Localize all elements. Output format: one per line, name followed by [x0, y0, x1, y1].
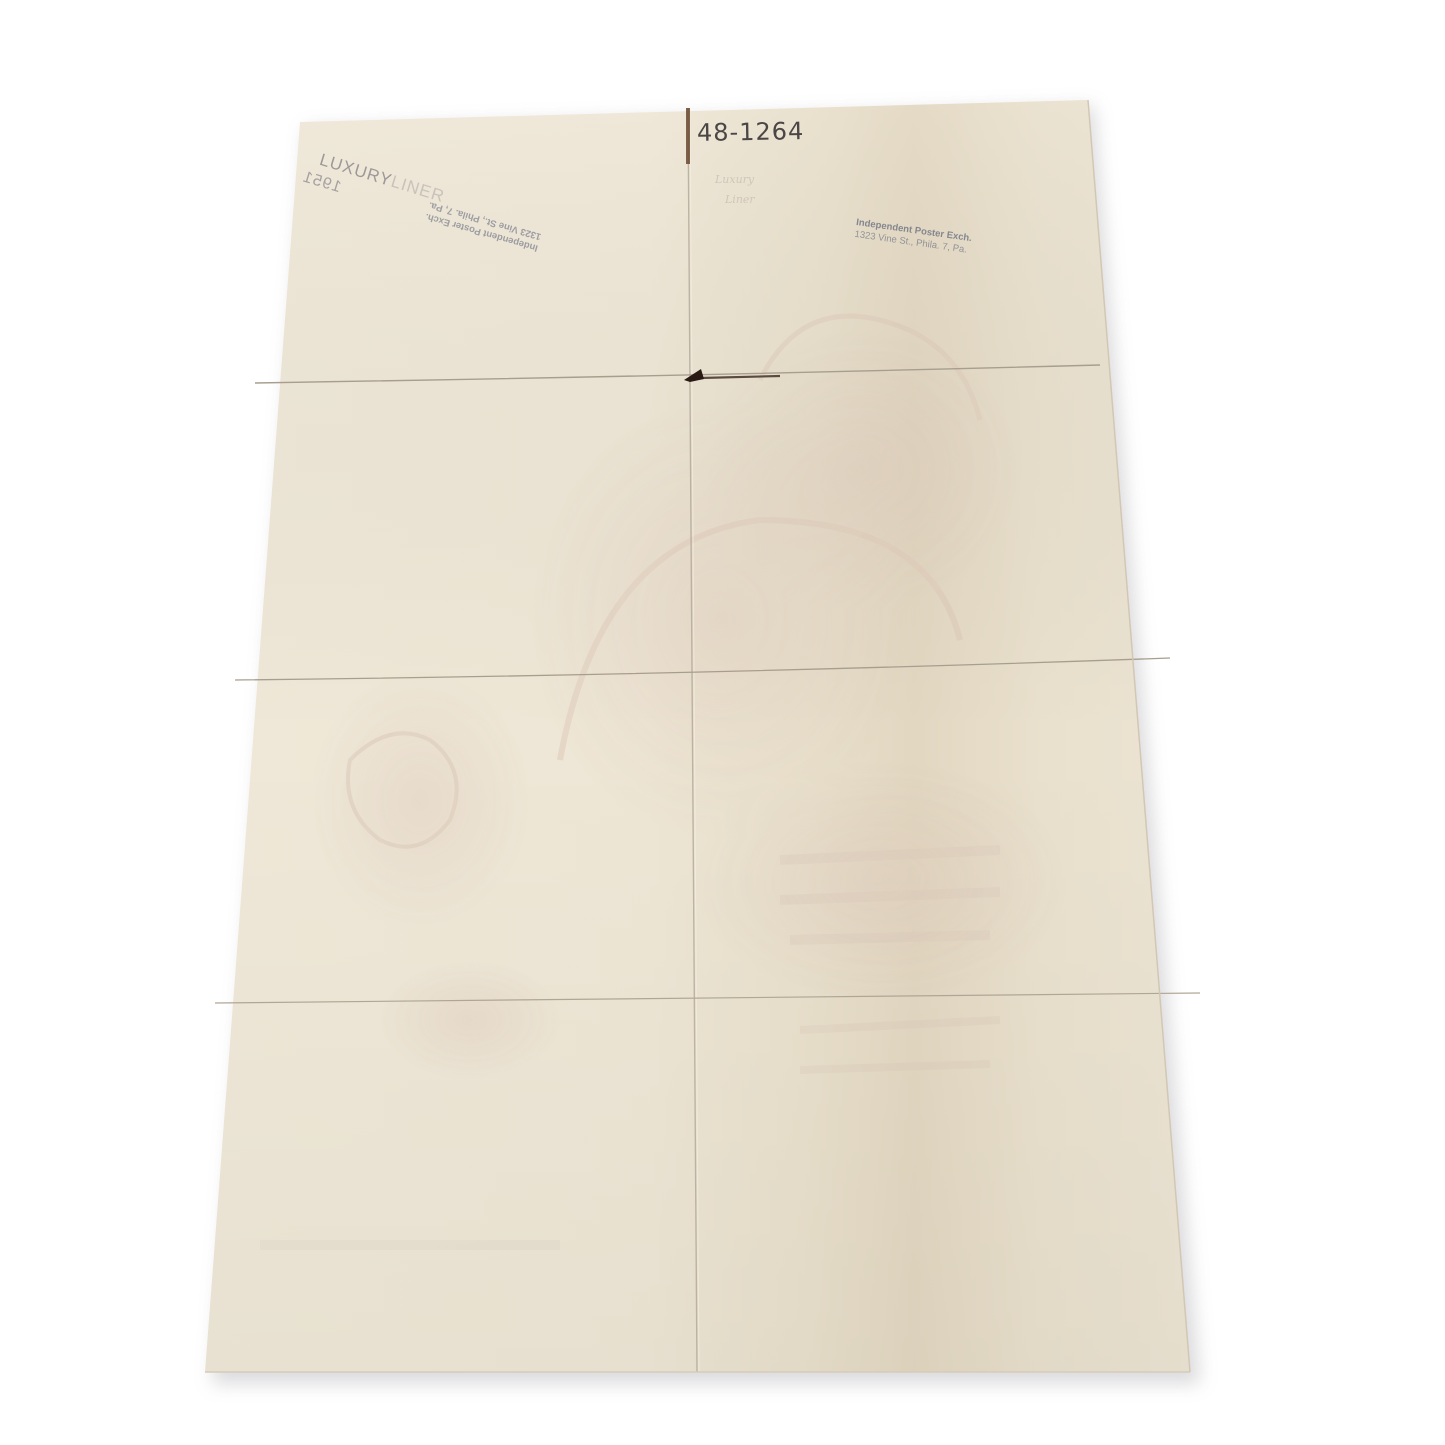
photo-background: LUXURYLINER 1951 Independent Poster Exch… — [0, 0, 1445, 1445]
poster-sheet — [0, 0, 1445, 1445]
fold-edge-wear — [686, 108, 690, 164]
